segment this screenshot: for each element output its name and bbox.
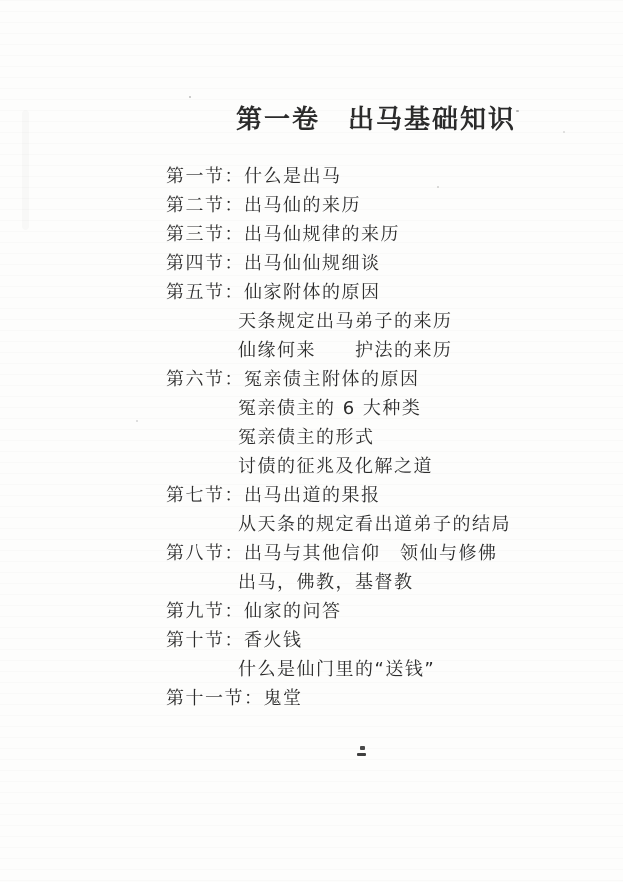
toc-subentry: 冤亲债主的 6 大种类 [166, 394, 511, 423]
toc-section-entry: 第九节：仙家的问答 [166, 597, 511, 626]
toc-section-entry: 第二节：出马仙的来历 [166, 191, 511, 220]
ink-smudge-artifact [360, 746, 365, 750]
toc-section-entry: 第十一节：鬼堂 [166, 684, 511, 713]
toc-subentry: 出马，佛教，基督教 [166, 568, 511, 597]
ink-speck-artifact [189, 96, 191, 98]
ink-speck-artifact [516, 110, 519, 112]
scan-shade-artifact [22, 110, 29, 230]
toc-section-entry: 第六节：冤亲债主附体的原因 [166, 365, 511, 394]
toc-subentry: 讨债的征兆及化解之道 [166, 452, 511, 481]
toc-subentry: 冤亲债主的形式 [166, 423, 511, 452]
toc-section-entry: 第三节：出马仙规律的来历 [166, 220, 511, 249]
ink-speck-artifact [563, 131, 565, 133]
page-title: 第一卷 出马基础知识 [236, 99, 516, 136]
toc-subentry: 天条规定出马弟子的来历 [166, 307, 511, 336]
toc-section-entry: 第十节：香火钱 [166, 626, 511, 655]
toc-subentry: 仙缘何来 护法的来历 [166, 336, 511, 365]
toc-subentry: 从天条的规定看出道弟子的结局 [166, 510, 511, 539]
ink-speck-artifact [437, 186, 439, 188]
toc-section-entry: 第八节：出马与其他信仰 领仙与修佛 [166, 539, 511, 568]
ink-speck-artifact [136, 420, 138, 422]
toc-section-entry: 第四节：出马仙仙规细谈 [166, 249, 511, 278]
toc-section-entry: 第七节：出马出道的果报 [166, 481, 511, 510]
ink-smudge-artifact [357, 753, 366, 756]
toc-subentry: 什么是仙门里的“送钱” [166, 655, 511, 684]
table-of-contents: 第一节：什么是出马第二节：出马仙的来历第三节：出马仙规律的来历第四节：出马仙仙规… [166, 162, 511, 713]
scanned-book-page: 第一卷 出马基础知识 第一节：什么是出马第二节：出马仙的来历第三节：出马仙规律的… [0, 0, 623, 882]
toc-section-entry: 第一节：什么是出马 [166, 162, 511, 191]
toc-section-entry: 第五节：仙家附体的原因 [166, 278, 511, 307]
